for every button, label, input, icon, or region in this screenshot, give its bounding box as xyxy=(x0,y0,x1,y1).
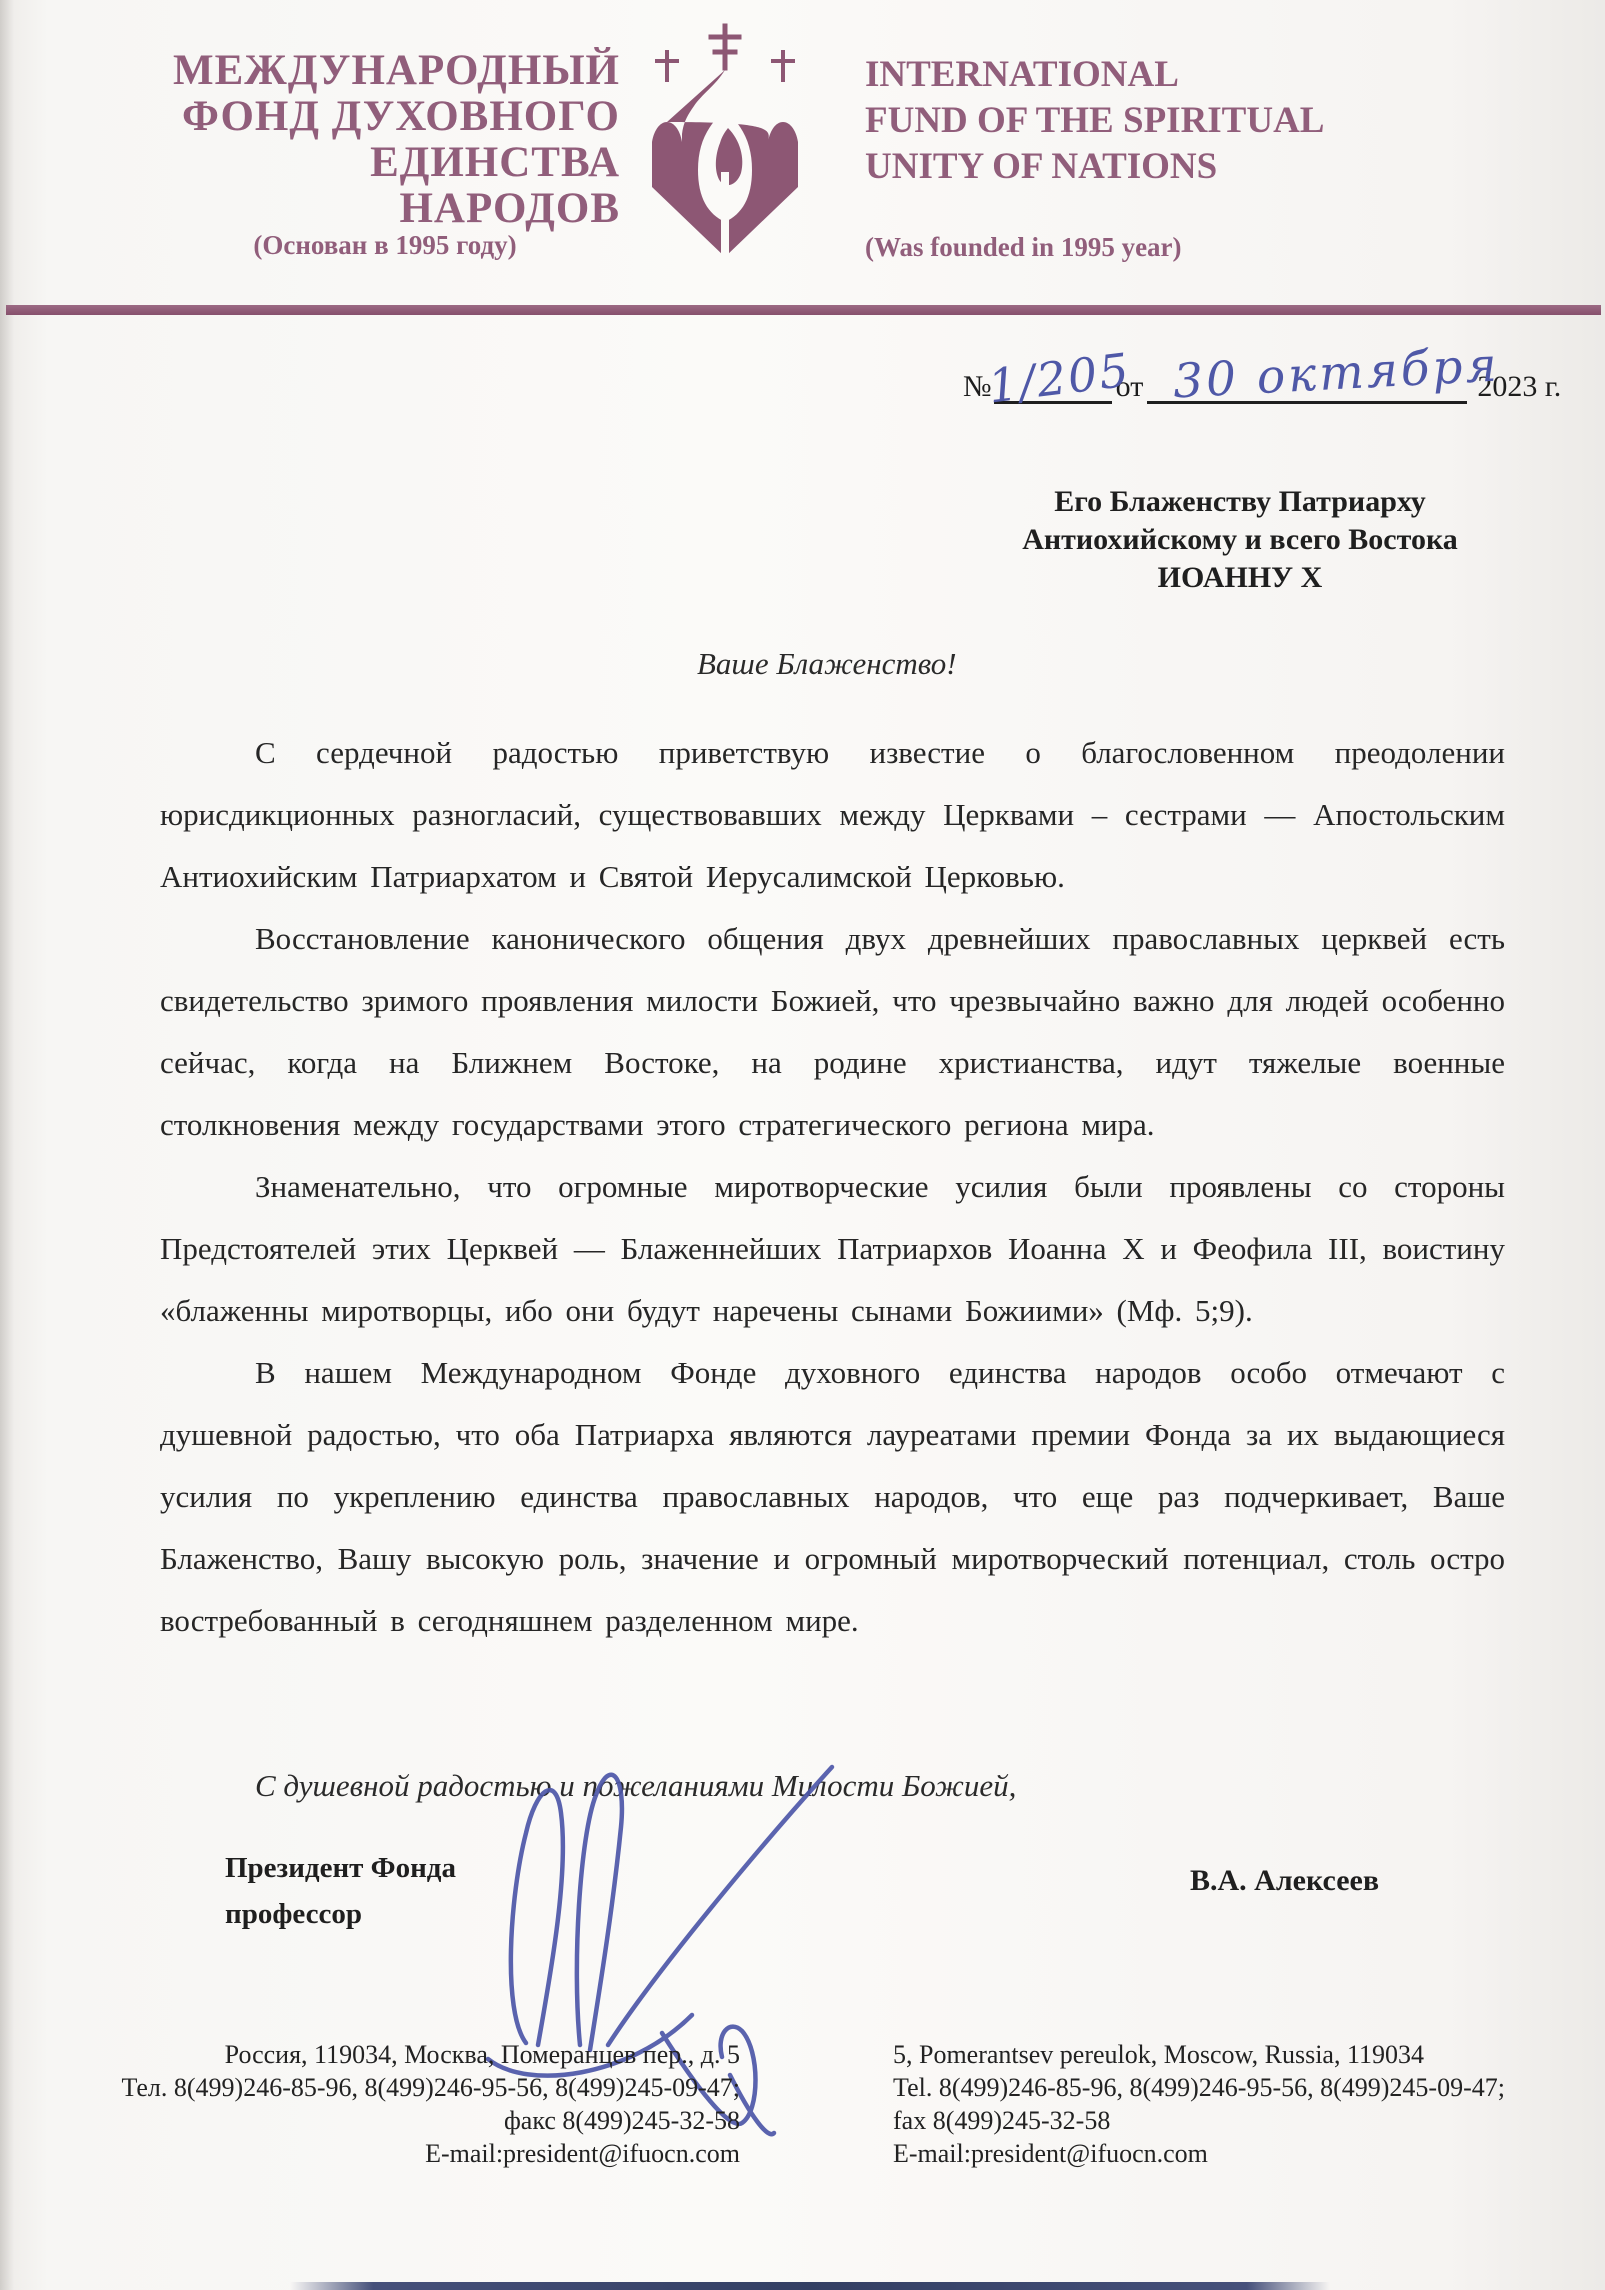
ref-date-blank: 30 октября xyxy=(1147,361,1467,404)
body-paragraph-4: В нашем Международном Фонде духовного ед… xyxy=(160,1342,1505,1652)
signer-title-line2: профессор xyxy=(225,1891,456,1937)
footer-en-line3: fax 8(499)245-32-58 xyxy=(893,2104,1553,2137)
signer-title-line1: Президент Фонда xyxy=(225,1845,456,1891)
addressee-line3: ИОАННУ X xyxy=(940,559,1540,597)
org-name-ru-line2: ФОНД ДУХОВНОГО xyxy=(150,94,620,140)
signer-name: В.А. Алексеев xyxy=(1190,1864,1379,1898)
salutation: Ваше Блаженство! xyxy=(697,646,957,682)
scan-edge-artifact xyxy=(0,0,14,2290)
org-name-en-line1: INTERNATIONAL xyxy=(865,52,1385,98)
org-name-ru-line1: МЕЖДУНАРОДНЫЙ xyxy=(150,48,620,94)
signer-title: Президент Фонда профессор xyxy=(225,1845,456,1937)
footer-address-english: 5, Pomerantsev pereulok, Moscow, Russia,… xyxy=(893,2038,1553,2170)
footer-ru-line3: факс 8(499)245-32-58 xyxy=(40,2104,740,2137)
org-name-english: INTERNATIONAL FUND OF THE SPIRITUAL UNIT… xyxy=(865,52,1385,190)
addressee-line1: Его Блаженству Патриарху xyxy=(940,483,1540,521)
church-logo-icon xyxy=(640,22,810,262)
footer-ru-line4: E-mail:president@ifuocn.com xyxy=(40,2137,740,2170)
letter-body: С сердечной радостью приветствую извести… xyxy=(160,722,1505,1652)
org-name-en-line3: UNITY OF NATIONS xyxy=(865,144,1385,190)
org-name-ru-line3: ЕДИНСТВА НАРОДОВ xyxy=(150,140,620,232)
footer-en-line2: Tel. 8(499)246-85-96, 8(499)246-95-56, 8… xyxy=(893,2071,1553,2104)
org-name-russian: МЕЖДУНАРОДНЫЙ ФОНД ДУХОВНОГО ЕДИНСТВА НА… xyxy=(150,48,620,232)
scan-edge-artifact-bottom xyxy=(290,2282,1330,2290)
handwritten-date: 30 октября xyxy=(1172,337,1501,409)
footer-ru-line2: Тел. 8(499)246-85-96, 8(499)246-95-56, 8… xyxy=(40,2071,740,2104)
scanned-letter-page: МЕЖДУНАРОДНЫЙ ФОНД ДУХОВНОГО ЕДИНСТВА НА… xyxy=(0,0,1605,2290)
reference-line: № 1/205 от 30 октября 2023 г. xyxy=(963,348,1561,404)
org-name-en-line2: FUND OF THE SPIRITUAL xyxy=(865,98,1385,144)
founded-year-russian: (Основан в 1995 году) xyxy=(150,230,620,261)
footer-en-line1: 5, Pomerantsev pereulok, Moscow, Russia,… xyxy=(893,2038,1553,2071)
addressee-block: Его Блаженству Патриарху Антиохийскому и… xyxy=(940,483,1540,597)
body-paragraph-1: С сердечной радостью приветствую извести… xyxy=(160,722,1505,908)
body-paragraph-3: Знаменательно, что огромные миротворческ… xyxy=(160,1156,1505,1342)
letterhead-divider-rule xyxy=(6,305,1601,315)
handwritten-ref-number: 1/205 xyxy=(985,343,1133,414)
founded-year-english: (Was founded in 1995 year) xyxy=(865,232,1385,263)
footer-address-russian: Россия, 119034, Москва, Померанцев пер.,… xyxy=(40,2038,740,2170)
footer-en-line4: E-mail:president@ifuocn.com xyxy=(893,2137,1553,2170)
ref-number-blank: 1/205 xyxy=(994,361,1112,404)
addressee-line2: Антиохийскому и всего Востока xyxy=(940,521,1540,559)
body-paragraph-2: Восстановление канонического общения дву… xyxy=(160,908,1505,1156)
footer-ru-line1: Россия, 119034, Москва, Померанцев пер.,… xyxy=(40,2038,740,2071)
